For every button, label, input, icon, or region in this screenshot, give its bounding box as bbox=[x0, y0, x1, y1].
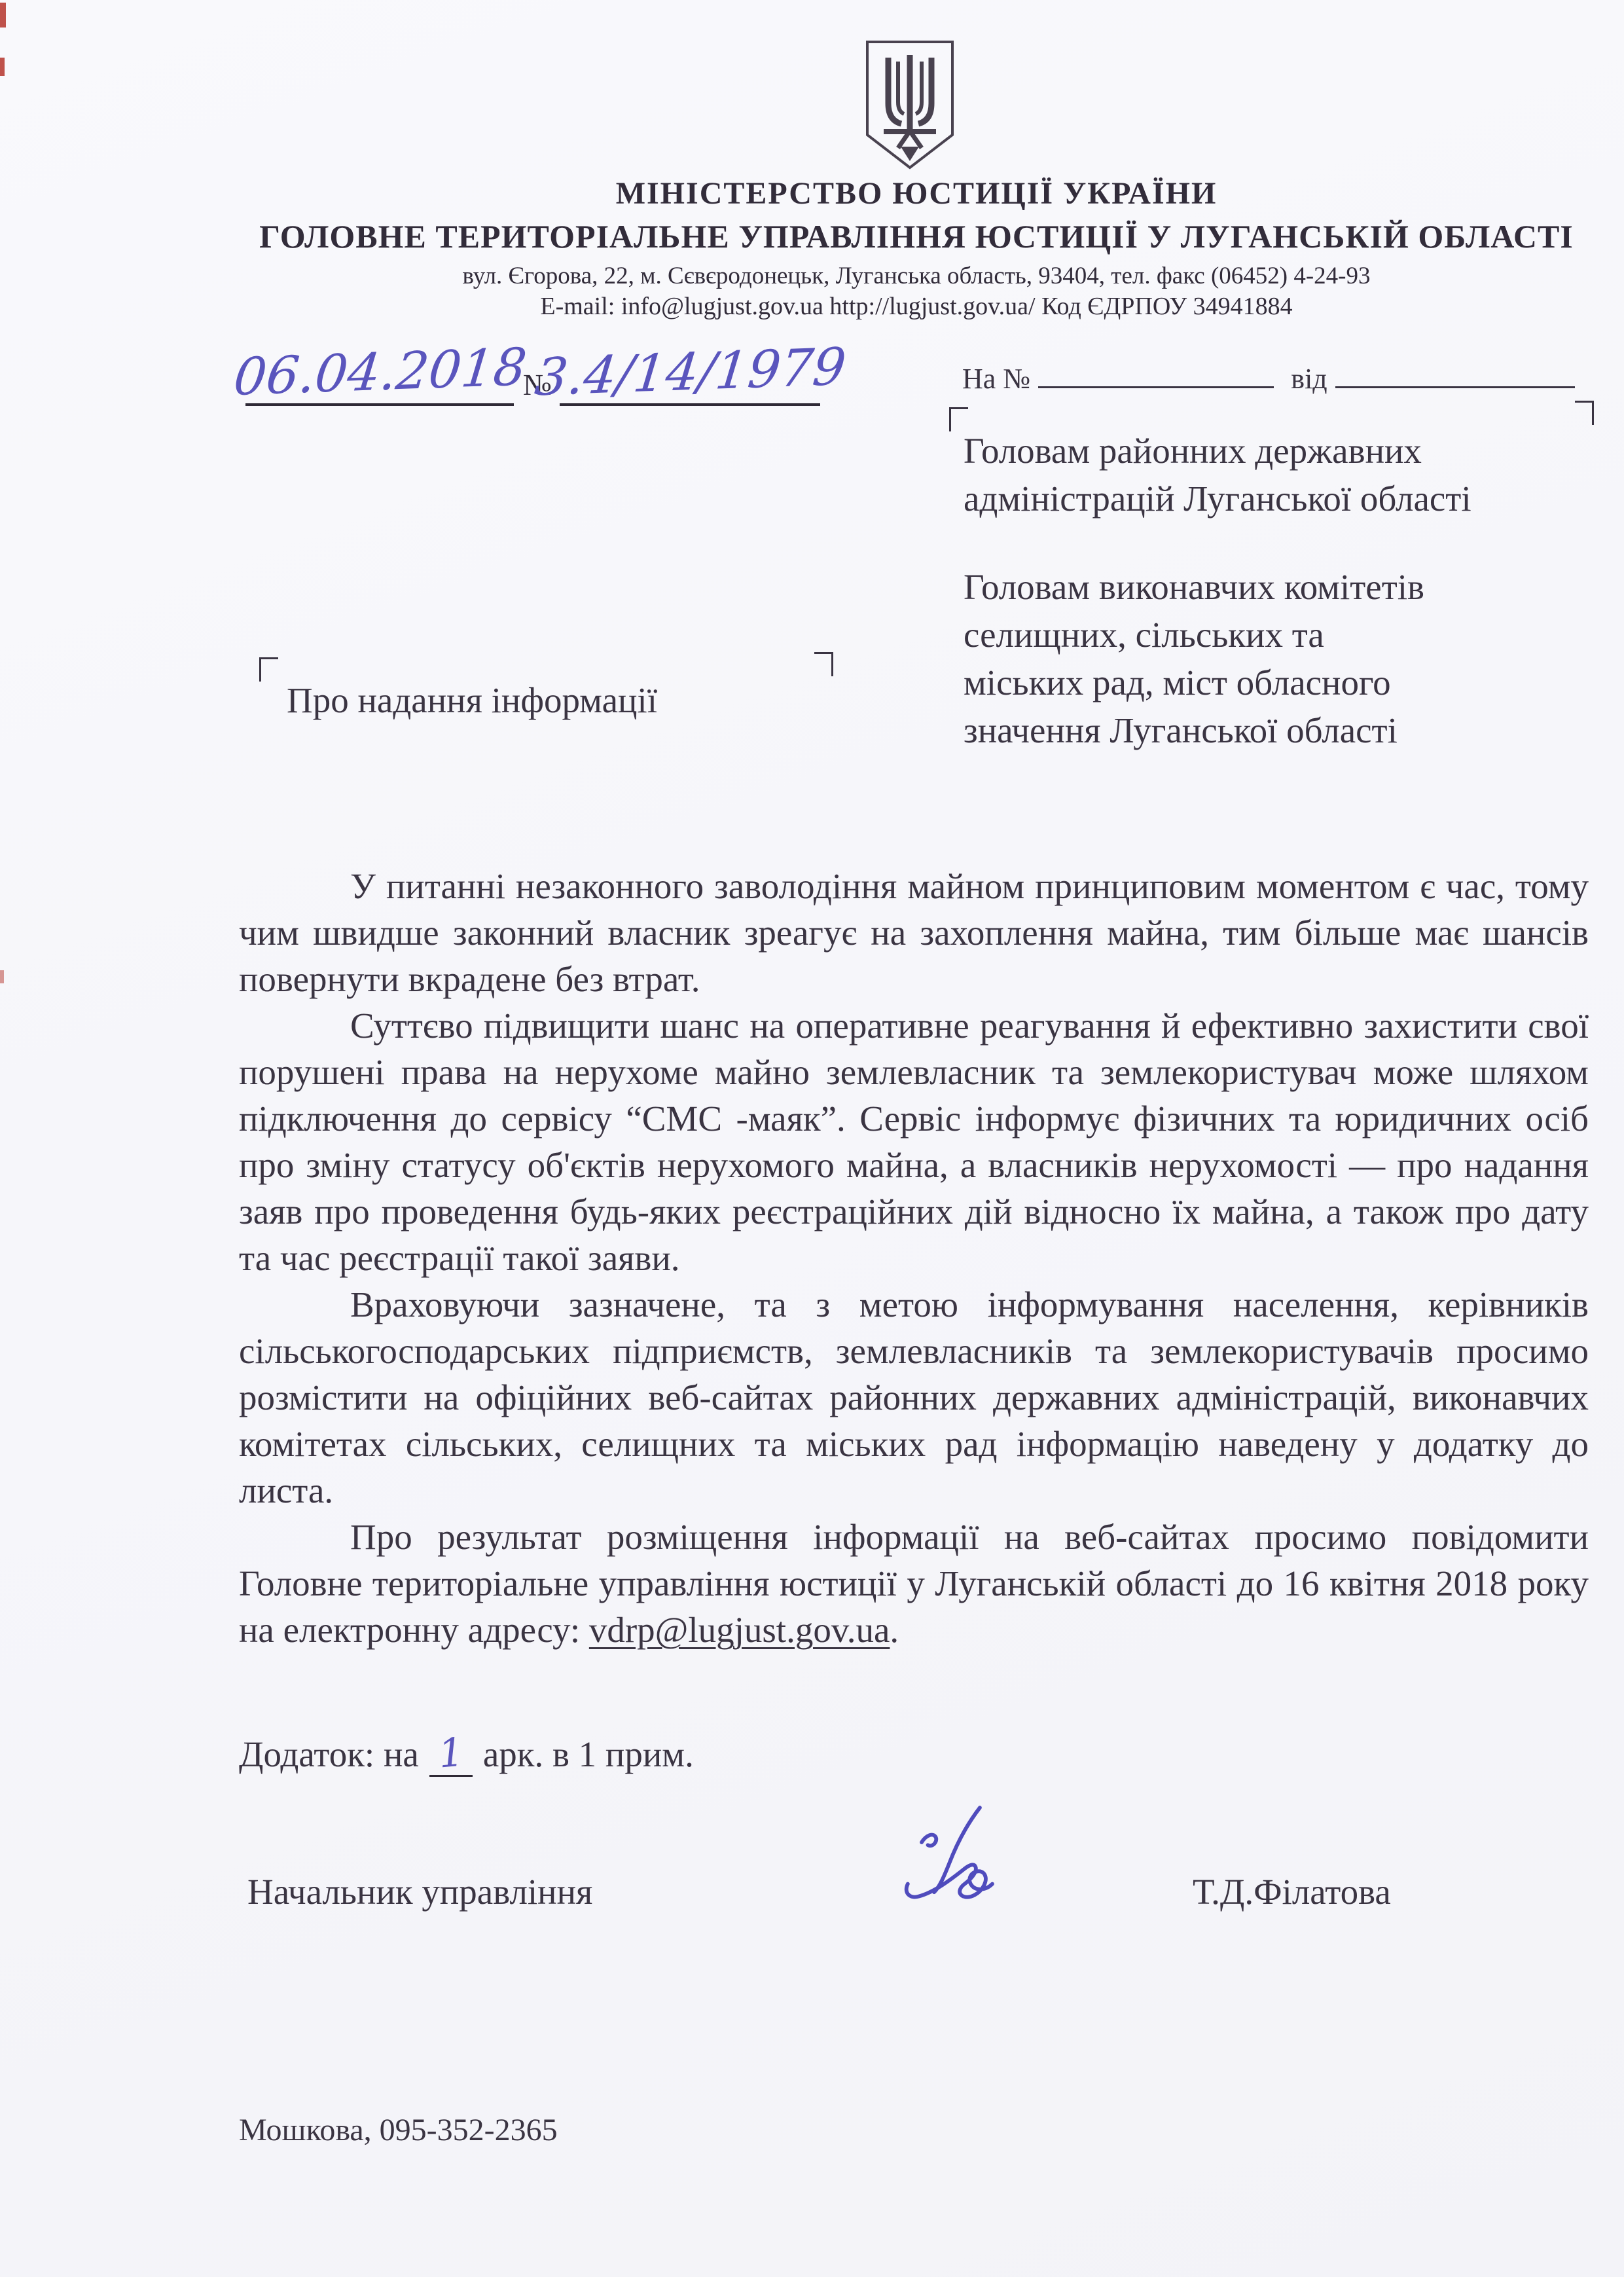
corner-mark-subject-right bbox=[814, 652, 833, 676]
incoming-date-label: від bbox=[1291, 363, 1327, 395]
scan-artifact-red-mark bbox=[0, 3, 6, 27]
sheets-count-field: 1 bbox=[429, 1734, 473, 1777]
recipient-line: Головам виконавчих комітетів bbox=[964, 563, 1471, 611]
recipients-gap bbox=[964, 522, 1471, 563]
attachment-line: Додаток: на1арк. в 1 прим. bbox=[239, 1734, 694, 1777]
recipient-line: адміністрацій Луганської області bbox=[964, 475, 1471, 522]
contacts-line: E-mail: info@lugjust.gov.ua http://lugju… bbox=[216, 292, 1617, 321]
signer-name: Т.Д.Філатова bbox=[1193, 1871, 1391, 1912]
closing-text: Про результат розміщення інформації на в… bbox=[239, 1517, 1589, 1650]
incoming-reference-row: На №від bbox=[962, 352, 1575, 395]
attachment-prefix: Додаток: на bbox=[239, 1734, 419, 1774]
paragraph-closing: Про результат розміщення інформації на в… bbox=[239, 1514, 1589, 1653]
department-name: ГОЛОВНЕ ТЕРИТОРІАЛЬНЕ УПРАВЛІННЯ ЮСТИЦІЇ… bbox=[216, 217, 1617, 255]
incoming-number-label: На № bbox=[962, 363, 1030, 395]
outgoing-number-field: 3.4/14/1979 bbox=[560, 326, 820, 406]
paragraph: Враховуючи зазначене, та з метою інформу… bbox=[239, 1281, 1589, 1514]
handwritten-number: 3.4/14/1979 bbox=[532, 342, 848, 409]
scan-artifact-red-mark bbox=[0, 58, 5, 76]
scanned-letter-page: МІНІСТЕРСТВО ЮСТИЦІЇ УКРАЇНИ ГОЛОВНЕ ТЕР… bbox=[0, 0, 1624, 2296]
ukraine-trident-emblem bbox=[862, 38, 958, 172]
incoming-date-blank bbox=[1335, 352, 1575, 388]
handwritten-signature bbox=[898, 1802, 1016, 1906]
paragraph: Суттєво підвищити шанс на оперативне реа… bbox=[239, 1002, 1589, 1281]
outgoing-date-field: 06.04.2018 bbox=[245, 326, 514, 406]
signer-position: Начальник управління bbox=[247, 1871, 592, 1912]
closing-period: . bbox=[890, 1610, 899, 1650]
attachment-suffix: арк. в 1 прим. bbox=[483, 1734, 694, 1774]
scan-artifact-red-mark bbox=[0, 970, 4, 983]
corner-mark-subject-left bbox=[259, 657, 278, 682]
outgoing-reference-row: 06.04.2018 № 3.4/14/1979 bbox=[245, 326, 820, 406]
corner-mark-recipients-right bbox=[1575, 401, 1594, 425]
subject-line: Про надання інформації bbox=[287, 680, 657, 721]
incoming-number-blank bbox=[1038, 352, 1274, 388]
handwritten-sheets-count: 1 bbox=[437, 1732, 465, 1774]
paragraph: У питанні незаконного заволодіння майном… bbox=[239, 863, 1589, 1002]
letter-body: У питанні незаконного заволодіння майном… bbox=[239, 863, 1589, 1653]
recipient-line: селищних, сільських та bbox=[964, 611, 1471, 659]
recipient-line: міських рад, міст обласного bbox=[964, 659, 1471, 706]
handwritten-date: 06.04.2018 bbox=[230, 342, 528, 409]
recipient-line: Головам районних державних bbox=[964, 427, 1471, 475]
ministry-name: МІНІСТЕРСТВО ЮСТИЦІЇ УКРАЇНИ bbox=[216, 175, 1617, 211]
address-line: вул. Єгорова, 22, м. Сєвєродонецьк, Луга… bbox=[216, 262, 1617, 290]
executor-contact: Мошкова, 095-352-2365 bbox=[239, 2112, 558, 2148]
email-address: vdrp@lugjust.gov.ua bbox=[589, 1610, 890, 1650]
recipients-block: Головам районних державних адміністрацій… bbox=[964, 427, 1471, 754]
recipient-line: значення Луганської області bbox=[964, 706, 1471, 754]
